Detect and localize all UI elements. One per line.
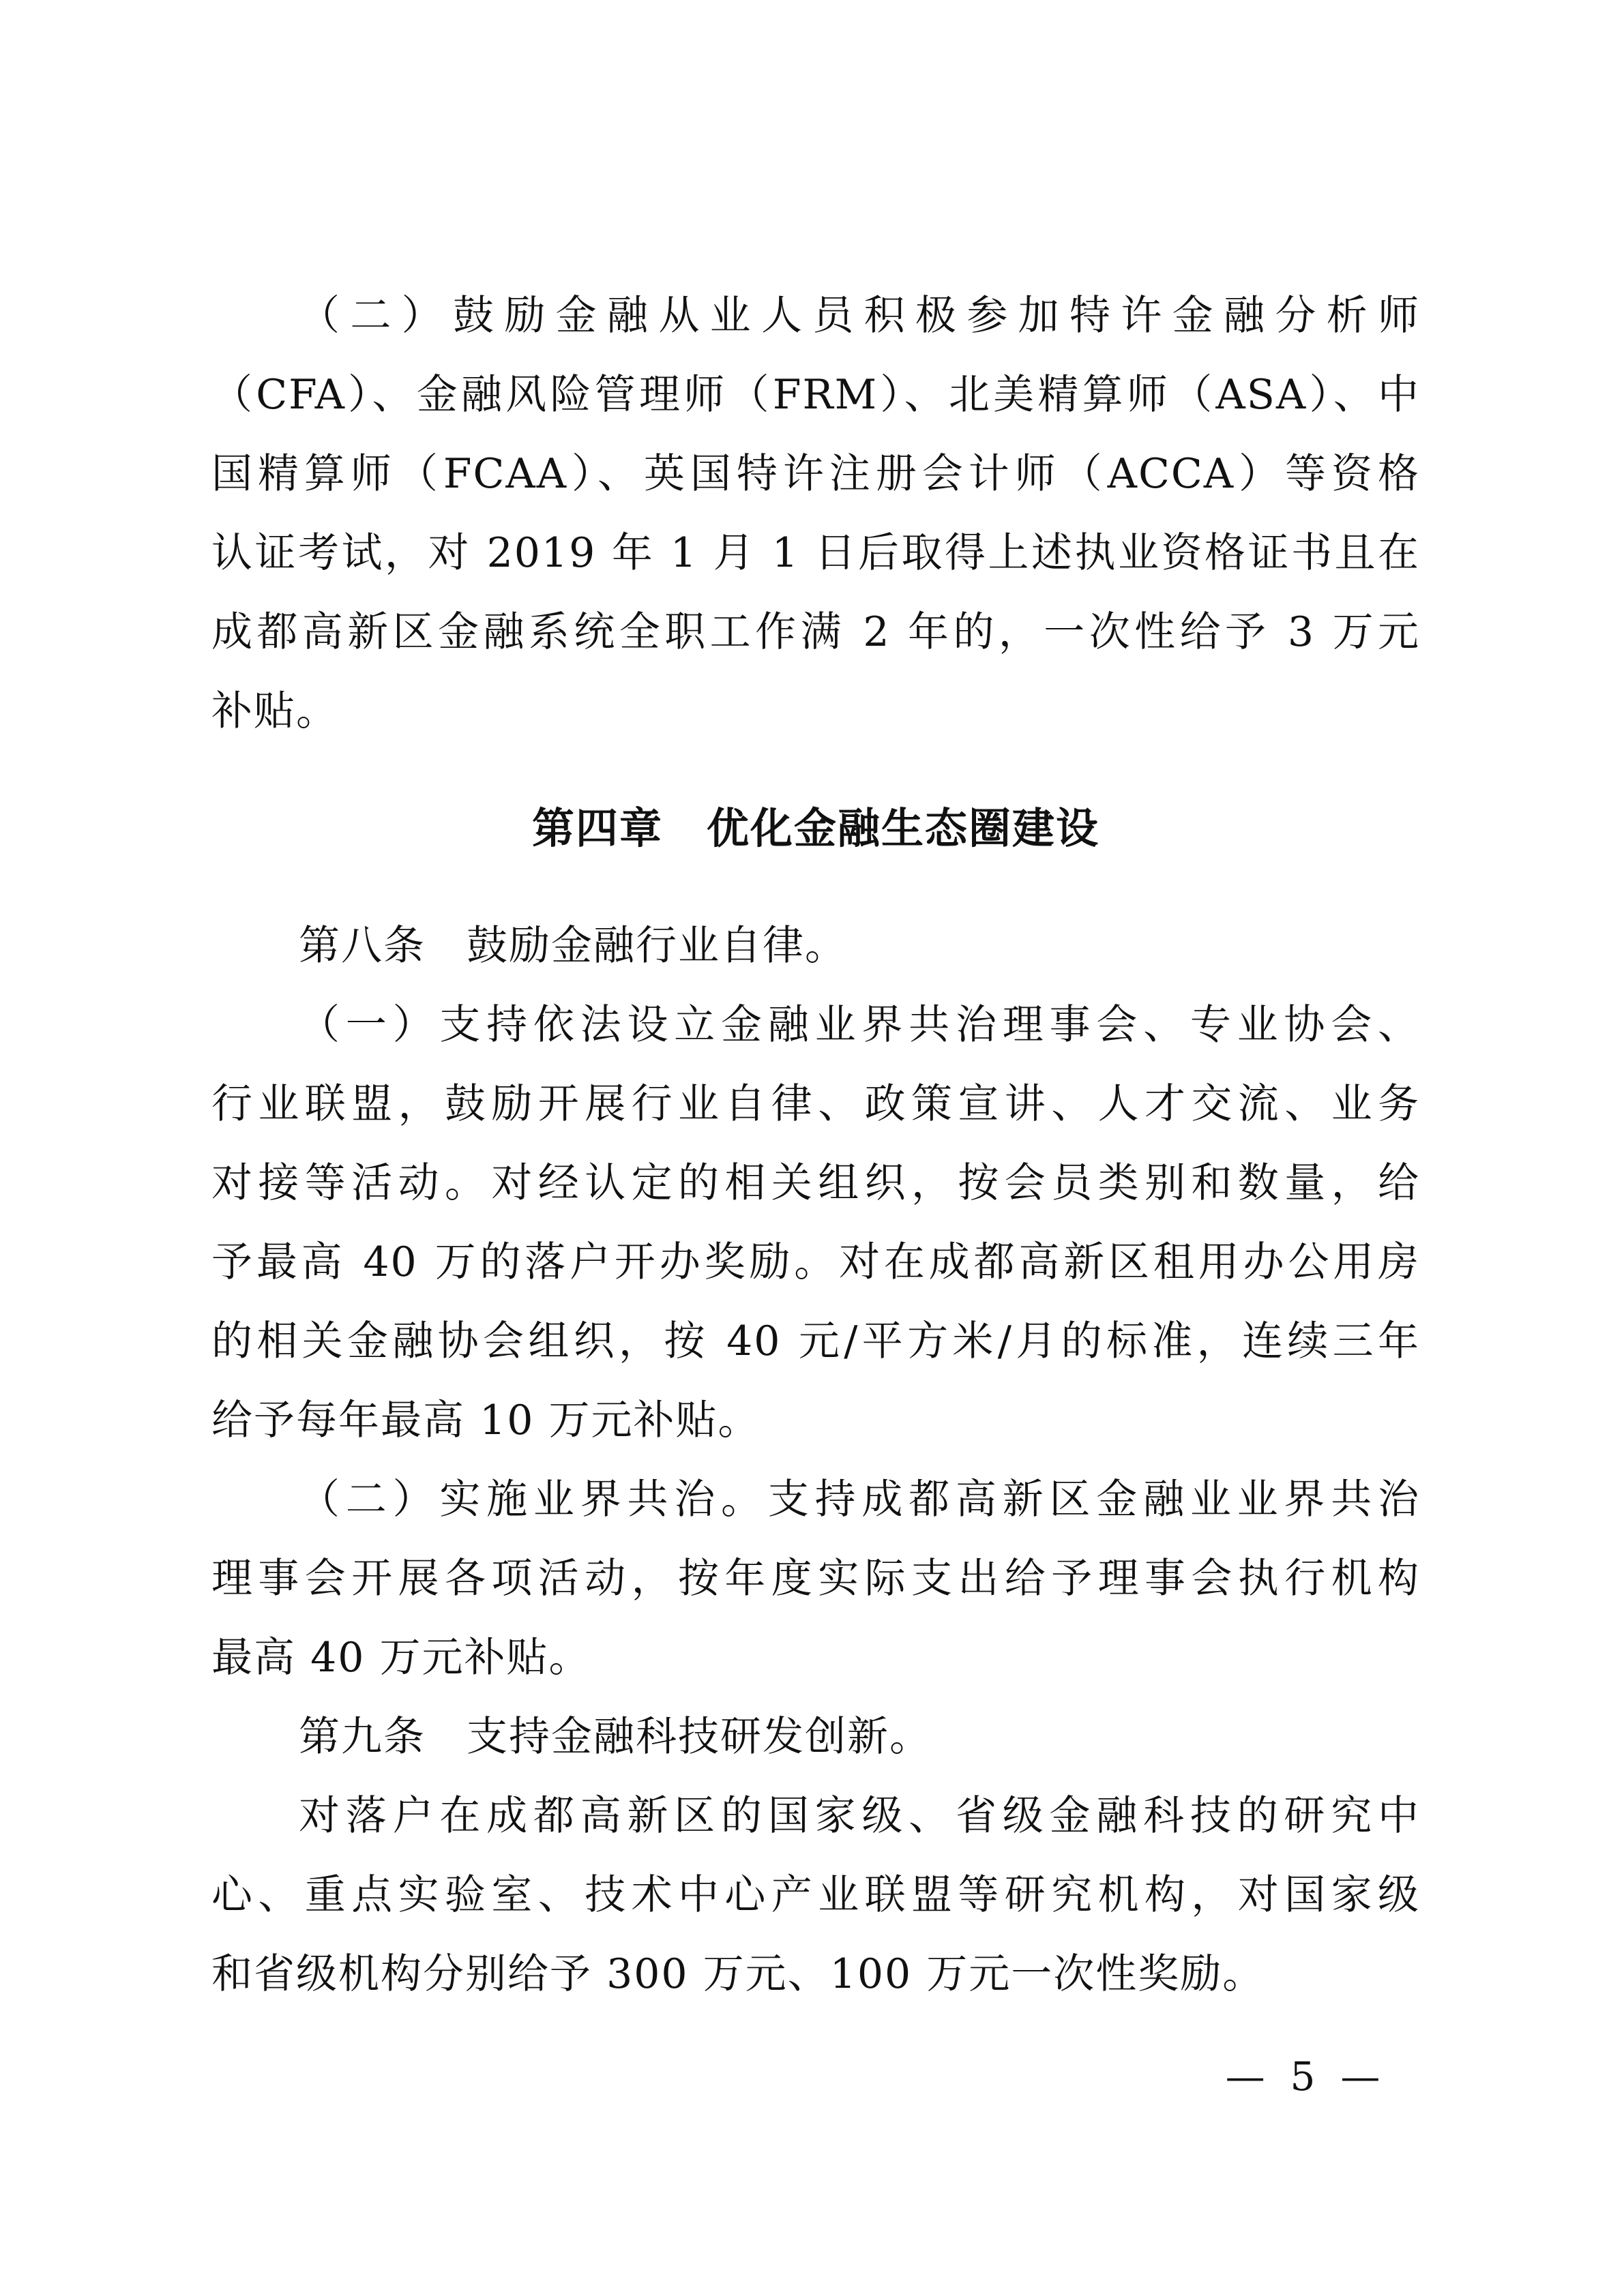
article-heading: 第九条支持金融科技研发创新。 [211,1697,1420,1776]
paragraph-line: 和省级机构分别给予 300 万元、100 万元一次性奖励。 [211,1935,1420,2014]
chapter-heading: 第四章 优化金融生态圈建设 [211,789,1420,868]
paragraph-line: 成都高新区金融系统全职工作满 2 年的，一次性给予 3 万元 [211,593,1420,672]
article-8-item-1: （一）支持依法设立金融业界共治理事会、专业协会、 行业联盟，鼓励开展行业自律、政… [211,985,1420,1460]
page-content: （二）鼓励金融从业人员积极参加特许金融分析师 （CFA）、金融风险管理师（FRM… [211,276,1420,2014]
paragraph-line: 认证考试，对 2019 年 1 月 1 日后取得上述执业资格证书且在 [211,513,1420,593]
paragraph-line: 理事会开展各项活动，按年度实际支出给予理事会执行机构 [211,1539,1420,1618]
paragraph-line: 心、重点实验室、技术中心产业联盟等研究机构，对国家级 [211,1855,1420,1935]
document-page: （二）鼓励金融从业人员积极参加特许金融分析师 （CFA）、金融风险管理师（FRM… [0,0,1624,2296]
paragraph-line: （二）实施业界共治。支持成都高新区金融业业界共治 [211,1460,1420,1539]
article-9-body: 对落户在成都高新区的国家级、省级金融科技的研究中 心、重点实验室、技术中心产业联… [211,1776,1420,2014]
paragraph-line: 对落户在成都高新区的国家级、省级金融科技的研究中 [211,1776,1420,1855]
paragraph-line: 对接等活动。对经认定的相关组织，按会员类别和数量，给 [211,1144,1420,1223]
article-title: 支持金融科技研发创新。 [467,1713,932,1761]
page-number: — 5 — [1200,2053,1405,2100]
paragraph-line: 给予每年最高 10 万元补贴。 [211,1381,1420,1460]
paragraph-line: 补贴。 [211,672,1420,751]
paragraph-line: 最高 40 万元补贴。 [211,1618,1420,1697]
paragraph-line: （一）支持依法设立金融业界共治理事会、专业协会、 [211,985,1420,1064]
article-title: 鼓励金融行业自律。 [467,922,847,970]
paragraph-line: （CFA）、金融风险管理师（FRM）、北美精算师（ASA）、中 [211,355,1420,434]
paragraph-line: 予最高 40 万的落户开办奖励。对在成都高新区租用办公用房 [211,1223,1420,1302]
article-number: 第八条 [299,922,426,970]
paragraph-line: 国精算师（FCAA）、英国特许注册会计师（ACCA）等资格 [211,434,1420,513]
article-8-item-2: （二）实施业界共治。支持成都高新区金融业业界共治 理事会开展各项活动，按年度实际… [211,1460,1420,1697]
paragraph-line: 的相关金融协会组织，按 40 元/平方米/月的标准，连续三年 [211,1302,1420,1381]
paragraph-line: 行业联盟，鼓励开展行业自律、政策宣讲、人才交流、业务 [211,1064,1420,1144]
article-heading: 第八条鼓励金融行业自律。 [211,906,1420,985]
paragraph-certification-subsidy: （二）鼓励金融从业人员积极参加特许金融分析师 （CFA）、金融风险管理师（FRM… [211,276,1420,751]
paragraph-line: （二）鼓励金融从业人员积极参加特许金融分析师 [211,276,1420,355]
article-8: 第八条鼓励金融行业自律。 （一）支持依法设立金融业界共治理事会、专业协会、 行业… [211,906,1420,1697]
article-number: 第九条 [299,1713,426,1761]
article-9: 第九条支持金融科技研发创新。 对落户在成都高新区的国家级、省级金融科技的研究中 … [211,1697,1420,2014]
